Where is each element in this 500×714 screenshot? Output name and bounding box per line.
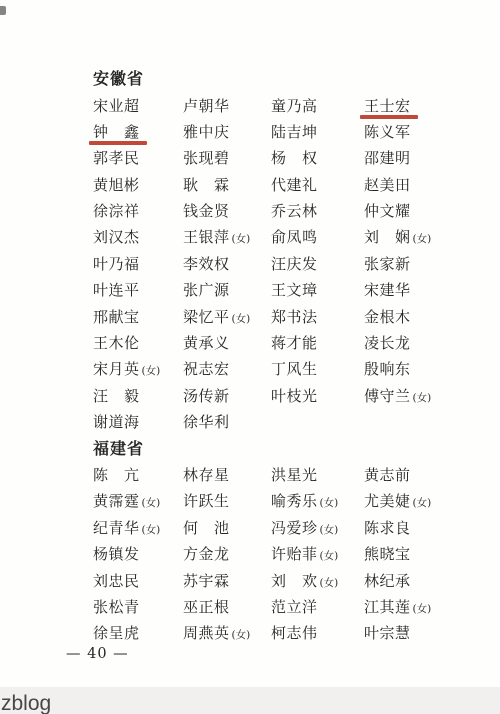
- person-name: 叶连平: [93, 281, 140, 299]
- person-name: 陈求良: [364, 519, 411, 537]
- name-cell: 徐淙祥: [93, 198, 183, 224]
- name-cell: 陈义军: [364, 119, 480, 145]
- person-name: 乔云林: [271, 202, 318, 220]
- person-name: 赵美田: [364, 176, 411, 194]
- name-cell: 邵建明: [364, 145, 480, 171]
- person-name: 周燕英: [183, 624, 230, 642]
- person-name: 代建礼: [271, 176, 318, 194]
- person-name: 叶乃福: [93, 255, 140, 273]
- name-cell: 汪庆发: [271, 251, 364, 277]
- person-name: 黄霈霆: [93, 492, 140, 510]
- name-cell: 仲文耀: [364, 198, 480, 224]
- name-cell: 刘汉杰: [93, 224, 183, 250]
- female-marker: (女): [142, 497, 161, 509]
- person-name: 范立洋: [271, 598, 318, 616]
- name-cell: 张现碧: [183, 145, 271, 171]
- name-cell: 宋月英(女): [93, 356, 183, 382]
- person-name: 凌长龙: [364, 334, 411, 352]
- person-name: 梁忆平: [183, 308, 230, 326]
- name-cell: 苏宇霖: [183, 568, 271, 594]
- person-name: 陈义军: [364, 123, 411, 141]
- person-name: 邵建明: [364, 149, 411, 167]
- name-cell: 纪青华(女): [93, 515, 183, 541]
- name-cell: 王文璋: [271, 277, 364, 303]
- name-cell: 雅中庆: [183, 119, 271, 145]
- name-cell: 熊晓宝: [364, 541, 480, 567]
- name-cell: 郑书法: [271, 304, 364, 330]
- name-cell: 张松青: [93, 594, 183, 620]
- name-cell: 蒋才能: [271, 330, 364, 356]
- name-cell: 梁忆平(女): [183, 304, 271, 330]
- name-cell: 丁风生: [271, 356, 364, 382]
- person-name: 童乃高: [271, 97, 318, 115]
- person-name: 卢朝华: [183, 97, 230, 115]
- zblog-watermark: zblog: [1, 692, 51, 714]
- name-cell: 林存星: [183, 462, 271, 488]
- person-name: 苏宇霖: [183, 572, 230, 590]
- person-name: 傅守兰: [364, 387, 411, 405]
- name-cell: 王士宏: [364, 93, 480, 119]
- female-marker: (女): [320, 550, 339, 562]
- name-cell: 杨镇发: [93, 541, 183, 567]
- name-cell: 徐华利: [183, 409, 271, 435]
- name-cell: 李效权: [183, 251, 271, 277]
- document-page: 安徽省 宋业超卢朝华童乃高王士宏钟 鑫雅中庆陆吉坤陈义军郭孝民张现碧杨 权邵建明…: [0, 0, 500, 714]
- section-anhui: 安徽省 宋业超卢朝华童乃高王士宏钟 鑫雅中庆陆吉坤陈义军郭孝民张现碧杨 权邵建明…: [93, 66, 480, 436]
- person-name: 熊晓宝: [364, 545, 411, 563]
- name-cell: 赵美田: [364, 172, 480, 198]
- name-cell: 张家新: [364, 251, 480, 277]
- name-cell: 刘忠民: [93, 568, 183, 594]
- name-cell: 卢朝华: [183, 93, 271, 119]
- name-cell: 巫正根: [183, 594, 271, 620]
- female-marker: (女): [320, 497, 339, 509]
- person-name: 郭孝民: [93, 149, 140, 167]
- person-name: 郑书法: [271, 308, 318, 326]
- person-name: 张现碧: [183, 149, 230, 167]
- person-name: 王银萍: [183, 228, 230, 246]
- person-name: 刘忠民: [93, 572, 140, 590]
- name-cell: 凌长龙: [364, 330, 480, 356]
- person-name: 洪星光: [271, 466, 318, 484]
- person-name: 冯爱珍: [271, 519, 318, 537]
- person-name: 柯志伟: [271, 624, 318, 642]
- name-cell: 喻秀乐(女): [271, 488, 364, 514]
- name-cell: 金根木: [364, 304, 480, 330]
- name-cell: 黄霈霆(女): [93, 488, 183, 514]
- person-name: 陆吉坤: [271, 123, 318, 141]
- person-name: 仲文耀: [364, 202, 411, 220]
- name-cell: [271, 409, 364, 435]
- person-name: 金根木: [364, 308, 411, 326]
- person-name: 殷响东: [364, 360, 411, 378]
- female-marker: (女): [142, 524, 161, 536]
- name-cell: 徐呈虎: [93, 620, 183, 646]
- name-cell: 王木伦: [93, 330, 183, 356]
- name-cell: 乔云林: [271, 198, 364, 224]
- name-cell: 洪星光: [271, 462, 364, 488]
- person-name: 杨 权: [271, 149, 318, 167]
- person-name: 尤美婕: [364, 492, 411, 510]
- person-name: 蒋才能: [271, 334, 318, 352]
- name-cell: 范立洋: [271, 594, 364, 620]
- person-name: 黄志前: [364, 466, 411, 484]
- name-cell: 方金龙: [183, 541, 271, 567]
- name-cell: 江其莲(女): [364, 594, 480, 620]
- bottom-strip: zblog: [0, 687, 500, 714]
- person-name: 刘汉杰: [93, 228, 140, 246]
- person-name: 许跃生: [183, 492, 230, 510]
- person-name: 祝志宏: [183, 360, 230, 378]
- name-cell: 黄承义: [183, 330, 271, 356]
- person-name: 张广源: [183, 281, 230, 299]
- name-cell: 祝志宏: [183, 356, 271, 382]
- name-grid-anhui: 宋业超卢朝华童乃高王士宏钟 鑫雅中庆陆吉坤陈义军郭孝民张现碧杨 权邵建明黄旭彬耿…: [93, 93, 480, 436]
- female-marker: (女): [413, 497, 432, 509]
- name-cell: 叶宗慧: [364, 620, 480, 646]
- name-cell: 林纪承: [364, 568, 480, 594]
- person-name: 谢道海: [93, 413, 140, 431]
- person-name: 丁风生: [271, 360, 318, 378]
- name-cell: 周燕英(女): [183, 620, 271, 646]
- name-cell: 陆吉坤: [271, 119, 364, 145]
- name-cell: 谢道海: [93, 409, 183, 435]
- name-cell: 叶连平: [93, 277, 183, 303]
- female-marker: (女): [320, 577, 339, 589]
- name-cell: 钟 鑫: [93, 119, 183, 145]
- name-cell: 张广源: [183, 277, 271, 303]
- name-cell: 傅守兰(女): [364, 383, 480, 409]
- female-marker: (女): [232, 313, 251, 325]
- female-marker: (女): [142, 365, 161, 377]
- person-name: 许贻菲: [271, 545, 318, 563]
- person-name: 喻秀乐: [271, 492, 318, 510]
- name-cell: 尤美婕(女): [364, 488, 480, 514]
- name-cell: 童乃高: [271, 93, 364, 119]
- person-name: 邢献宝: [93, 308, 140, 326]
- person-name: 王木伦: [93, 334, 140, 352]
- person-name: 耿 霖: [183, 176, 230, 194]
- person-name-underlined: 王士宏: [364, 97, 411, 115]
- name-cell: 刘 欢(女): [271, 568, 364, 594]
- female-marker: (女): [413, 603, 432, 615]
- person-name: 雅中庆: [183, 123, 230, 141]
- name-cell: 黄志前: [364, 462, 480, 488]
- name-cell: 殷响东: [364, 356, 480, 382]
- person-name: 方金龙: [183, 545, 230, 563]
- person-name: 何 池: [183, 519, 230, 537]
- name-cell: 邢献宝: [93, 304, 183, 330]
- person-name: 江其莲: [364, 598, 411, 616]
- person-name: 叶枝光: [271, 387, 318, 405]
- person-name: 汪庆发: [271, 255, 318, 273]
- name-cell: 汪 毅: [93, 383, 183, 409]
- person-name: 汤传新: [183, 387, 230, 405]
- name-cell: 宋业超: [93, 93, 183, 119]
- person-name: 张松青: [93, 598, 140, 616]
- name-grid-fujian: 陈 亢林存星洪星光黄志前黄霈霆(女)许跃生喻秀乐(女)尤美婕(女)纪青华(女)何…: [93, 462, 480, 647]
- person-name: 黄承义: [183, 334, 230, 352]
- name-cell: 柯志伟: [271, 620, 364, 646]
- person-name-underlined: 钟 鑫: [93, 123, 140, 141]
- name-cell: 何 池: [183, 515, 271, 541]
- section-fujian: 福建省 陈 亢林存星洪星光黄志前黄霈霆(女)许跃生喻秀乐(女)尤美婕(女)纪青华…: [93, 436, 480, 647]
- person-name: 纪青华: [93, 519, 140, 537]
- name-cell: 宋建华: [364, 277, 480, 303]
- name-cell: 汤传新: [183, 383, 271, 409]
- name-cell: 俞凤鸣: [271, 224, 364, 250]
- female-marker: (女): [413, 392, 432, 404]
- person-name: 宋月英: [93, 360, 140, 378]
- name-cell: 叶枝光: [271, 383, 364, 409]
- person-name: 钱金贤: [183, 202, 230, 220]
- name-cell: 杨 权: [271, 145, 364, 171]
- province-heading-fujian: 福建省: [93, 436, 480, 463]
- person-name: 李效权: [183, 255, 230, 273]
- female-marker: (女): [320, 524, 339, 536]
- person-name: 林纪承: [364, 572, 411, 590]
- person-name: 宋建华: [364, 281, 411, 299]
- name-cell: 陈 亢: [93, 462, 183, 488]
- name-cell: 王银萍(女): [183, 224, 271, 250]
- name-cell: 代建礼: [271, 172, 364, 198]
- person-name: 刘 欢: [271, 572, 318, 590]
- scan-smudge-mark: [0, 6, 6, 15]
- female-marker: (女): [232, 233, 251, 245]
- name-cell: 耿 霖: [183, 172, 271, 198]
- person-name: 汪 毅: [93, 387, 140, 405]
- person-name: 王文璋: [271, 281, 318, 299]
- person-name: 杨镇发: [93, 545, 140, 563]
- person-name: 宋业超: [93, 97, 140, 115]
- person-name: 巫正根: [183, 598, 230, 616]
- name-cell: 钱金贤: [183, 198, 271, 224]
- person-name: 徐呈虎: [93, 624, 140, 642]
- name-cell: 郭孝民: [93, 145, 183, 171]
- person-name: 徐华利: [183, 413, 230, 431]
- name-list-content: 安徽省 宋业超卢朝华童乃高王士宏钟 鑫雅中庆陆吉坤陈义军郭孝民张现碧杨 权邵建明…: [93, 66, 480, 647]
- name-cell: [364, 409, 480, 435]
- person-name: 黄旭彬: [93, 176, 140, 194]
- name-cell: 许跃生: [183, 488, 271, 514]
- page-number: — 40 —: [66, 646, 129, 662]
- person-name: 俞凤鸣: [271, 228, 318, 246]
- name-cell: 许贻菲(女): [271, 541, 364, 567]
- person-name: 徐淙祥: [93, 202, 140, 220]
- person-name: 陈 亢: [93, 466, 140, 484]
- name-cell: 叶乃福: [93, 251, 183, 277]
- female-marker: (女): [413, 233, 432, 245]
- person-name: 林存星: [183, 466, 230, 484]
- person-name: 张家新: [364, 255, 411, 273]
- person-name: 刘 娴: [364, 228, 411, 246]
- province-heading-anhui: 安徽省: [93, 66, 480, 93]
- name-cell: 黄旭彬: [93, 172, 183, 198]
- name-cell: 陈求良: [364, 515, 480, 541]
- name-cell: 刘 娴(女): [364, 224, 480, 250]
- female-marker: (女): [232, 629, 251, 641]
- name-cell: 冯爱珍(女): [271, 515, 364, 541]
- person-name: 叶宗慧: [364, 624, 411, 642]
